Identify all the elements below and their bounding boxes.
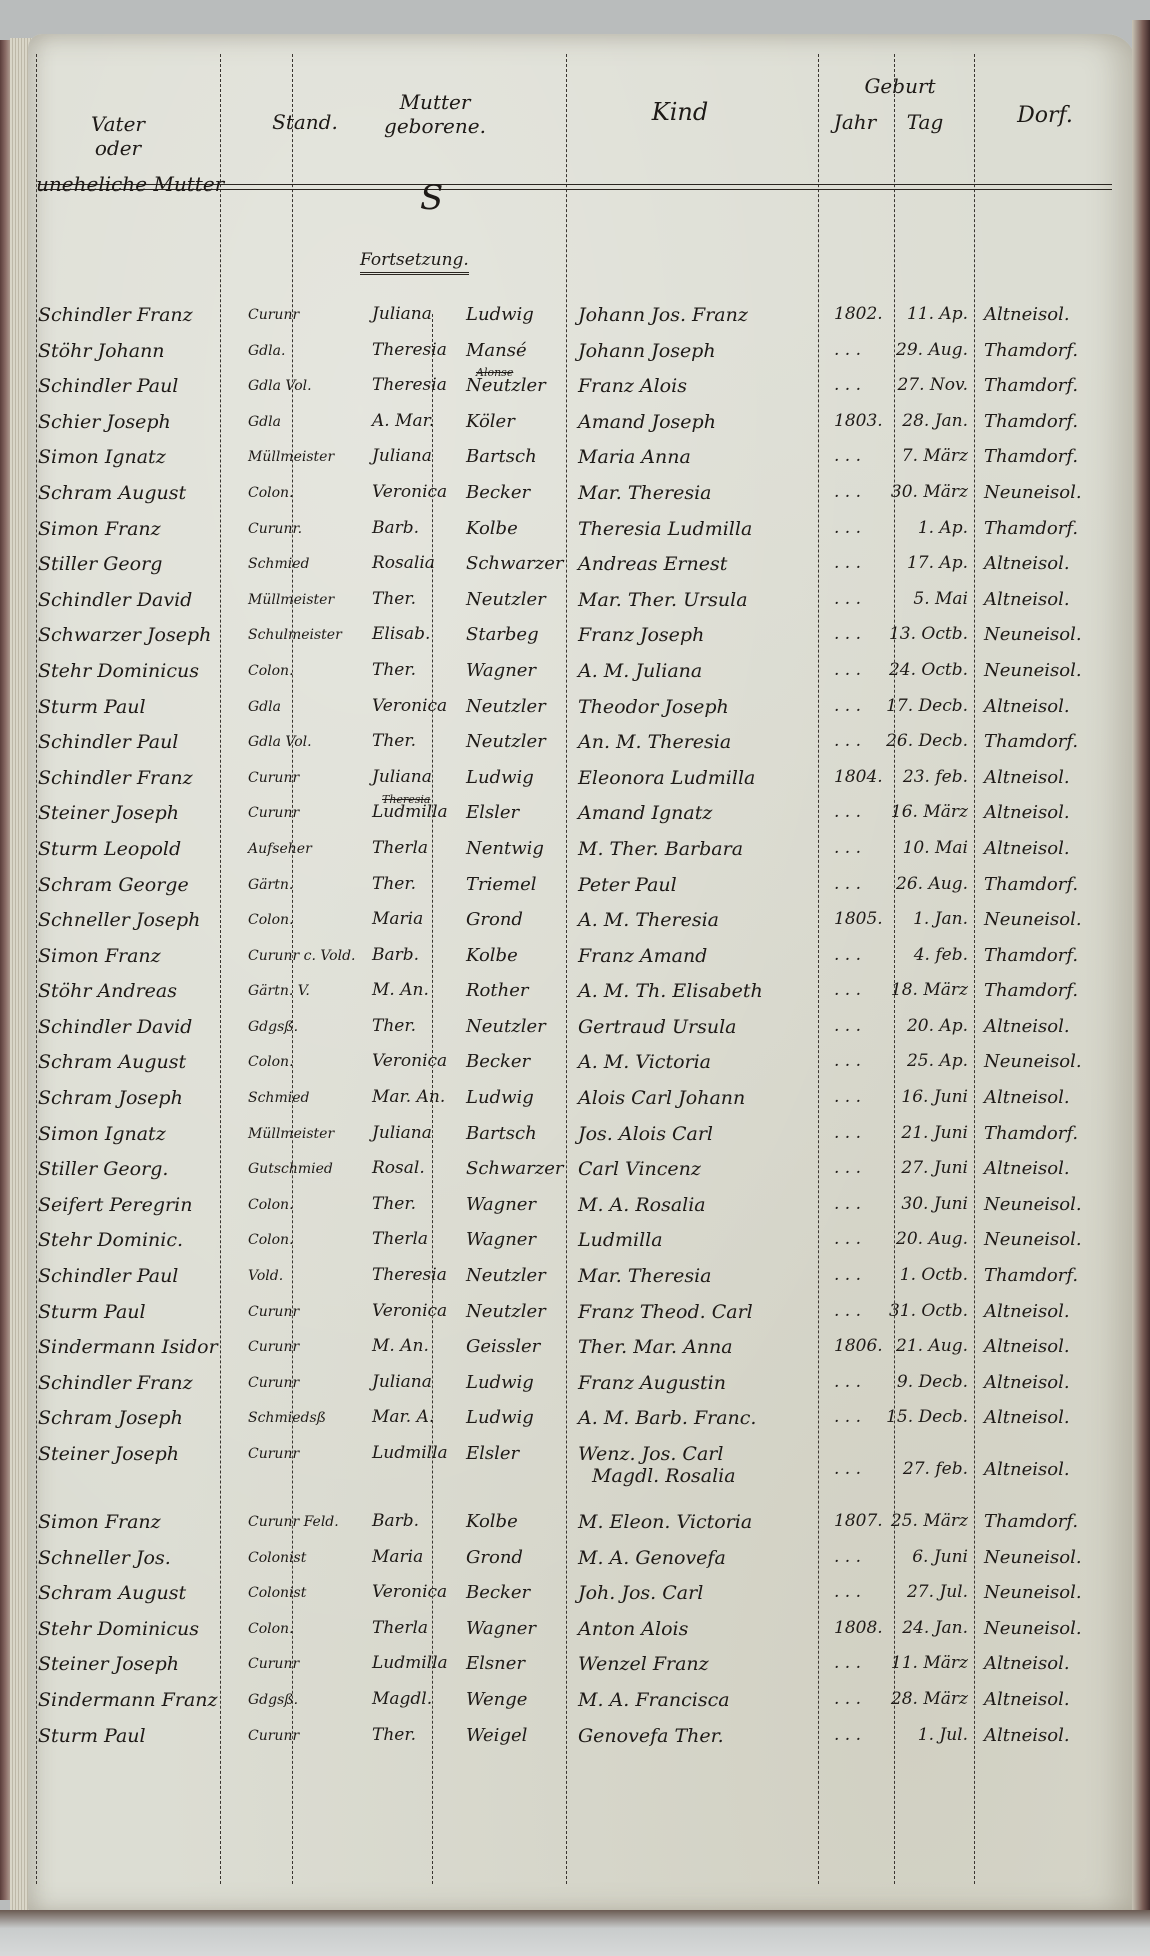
birth-day: 31. Octb. (868, 1301, 968, 1321)
child-name: Wenz. Jos. CarlMagdl. Rosalia (578, 1443, 838, 1487)
birth-day: 30. Juni (868, 1194, 968, 1214)
father-occupation: Curunr (248, 1728, 368, 1744)
birth-day: 5. Mai (868, 589, 968, 609)
register-row: Sturm Leopold Aufseher Therla Nentwig M.… (0, 834, 1150, 870)
father-occupation: Curunr c. Vold. (248, 948, 368, 964)
mother-first-name: Therla (372, 838, 472, 858)
mother-maiden-name: Kolbe (466, 1511, 586, 1532)
father-name: Sturm Paul (38, 1725, 278, 1747)
child-name: Gertraud Ursula (578, 1016, 838, 1038)
mother-maiden-name: Ludwig (466, 1372, 586, 1393)
father-name: Schindler Franz (38, 1372, 278, 1394)
mother-first-name: Theresia (372, 1265, 472, 1285)
village: Altneisol. (984, 1336, 1124, 1357)
father-occupation: Müllmeister (248, 449, 368, 465)
mother-maiden-name: Mansé (466, 340, 586, 361)
child-name: A. M. Juliana (578, 660, 838, 682)
mother-maiden-name: Wagner (466, 660, 586, 681)
father-occupation: Colon. (248, 1197, 368, 1213)
mother-first-name: Juliana (372, 1123, 472, 1143)
birth-day: 26. Decb. (868, 731, 968, 751)
child-name: M. A. Rosalia (578, 1194, 838, 1216)
birth-day: 13. Octb. (868, 624, 968, 644)
child-name: Genovefa Ther. (578, 1725, 838, 1747)
father-occupation: Gdla. (248, 343, 368, 359)
birth-day: 6. Juni (868, 1547, 968, 1567)
mother-first-name: Magdl. (372, 1689, 472, 1709)
birth-day: 21. Juni (868, 1123, 968, 1143)
birth-day: 26. Aug. (868, 874, 968, 894)
birth-day: 1. Octb. (868, 1265, 968, 1285)
mother-maiden-name: Elsler (466, 802, 586, 823)
child-name: Franz Amand (578, 945, 838, 967)
header-birth-year: Jahr (820, 110, 890, 134)
village: Thamdorf. (984, 411, 1124, 432)
village: Altneisol. (984, 1725, 1124, 1746)
village: Altneisol. (984, 553, 1124, 574)
father-occupation: Gärtn. (248, 877, 368, 893)
village: Altneisol. (984, 589, 1124, 610)
mother-maiden-name: Becker (466, 482, 586, 503)
village: Altneisol. (984, 1158, 1124, 1179)
mother-maiden-name: Schwarzer (466, 1158, 586, 1179)
birth-day: 21. Aug. (868, 1336, 968, 1356)
father-name: Stiller Georg. (38, 1158, 278, 1180)
mother-maiden-name: Grond (466, 1547, 586, 1568)
village: Neuneisol. (984, 1194, 1124, 1215)
father-occupation: Vold. (248, 1268, 368, 1284)
village: Altneisol. (984, 838, 1124, 859)
header-place: Dorf. (990, 104, 1100, 128)
register-row: Schram Joseph Schmiedsß Mar. A. Ludwig A… (0, 1403, 1150, 1439)
child-name: Franz Joseph (578, 624, 838, 646)
mother-maiden-name: Wagner (466, 1618, 586, 1639)
father-name: Schindler Franz (38, 304, 278, 326)
village: Altneisol. (984, 1372, 1124, 1393)
father-name: Schindler David (38, 1016, 278, 1038)
child-name: Eleonora Ludmilla (578, 767, 838, 789)
birth-day: 25. März (868, 1511, 968, 1531)
section-letter: S (420, 178, 443, 218)
father-occupation: Gdla Vol. (248, 378, 368, 394)
father-name: Sindermann Isidor (38, 1336, 278, 1358)
mother-maiden-name: Becker (466, 1582, 586, 1603)
village: Altneisol. (984, 767, 1124, 788)
child-name: Joh. Jos. Carl (578, 1582, 838, 1604)
father-name: Stöhr Johann (38, 340, 278, 362)
child-name: Andreas Ernest (578, 553, 838, 575)
child-name: Peter Paul (578, 874, 838, 896)
mother-maiden-name: Neutzler (466, 1265, 586, 1286)
mother-maiden-name: Triemel (466, 874, 586, 895)
register-row: Simon Ignatz Müllmeister Juliana Bartsch… (0, 1119, 1150, 1155)
child-name: Mar. Theresia (578, 482, 838, 504)
mother-maiden-name: Nentwig (466, 838, 586, 859)
mother-first-name: Barb. (372, 1511, 472, 1531)
mother-maiden-name: Ludwig (466, 767, 586, 788)
register-row: Stöhr Johann Gdla. Theresia Mansé Johann… (0, 336, 1150, 372)
mother-first-name: Therla (372, 1229, 472, 1249)
father-name: Schneller Joseph (38, 909, 278, 931)
village: Neuneisol. (984, 1051, 1124, 1072)
mother-maiden-name: Ludwig (466, 304, 586, 325)
register-row: Schindler Paul Gdla Vol. Ther. Neutzler … (0, 727, 1150, 763)
father-occupation: Curunr (248, 805, 368, 821)
birth-day: 18. März (868, 980, 968, 1000)
village: Neuneisol. (984, 624, 1124, 645)
register-row: Steiner Joseph Curunr LudmillaTheresia E… (0, 798, 1150, 834)
register-row: Seifert Peregrin Colon. Ther. Wagner M. … (0, 1190, 1150, 1226)
register-row: Stiller Georg Schmied Rosalia Schwarzer … (0, 549, 1150, 585)
birth-day: 27. Nov. (868, 375, 968, 395)
father-name: Seifert Peregrin (38, 1194, 278, 1216)
mother-first-name: Mar. A. (372, 1407, 472, 1427)
child-name: Johann Jos. Franz (578, 304, 838, 326)
register-row: Schram August Colon. Veronica Becker Mar… (0, 478, 1150, 514)
register-row: Sturm Paul Gdla Veronica Neutzler Theodo… (0, 692, 1150, 728)
child-name: Theodor Joseph (578, 696, 838, 718)
father-occupation: Schmiedsß (248, 1410, 368, 1426)
child-name: Ludmilla (578, 1229, 838, 1251)
birth-day: 17. Decb. (868, 696, 968, 716)
father-occupation: Curunr (248, 1656, 368, 1672)
mother-maiden-name: Rother (466, 980, 586, 1001)
register-row: Schindler Franz Curunr Juliana Ludwig Jo… (0, 300, 1150, 336)
father-name: Schram George (38, 874, 278, 896)
birth-day: 4. feb. (868, 945, 968, 965)
header-father: Vater oder (58, 112, 178, 160)
child-name: M. A. Genovefa (578, 1547, 838, 1569)
mother-first-name: Ludmilla (372, 1653, 472, 1673)
mother-maiden-name: Neutzler (466, 589, 586, 610)
birth-day: 24. Octb. (868, 660, 968, 680)
village: Thamdorf. (984, 980, 1124, 1001)
mother-first-name: LudmillaTheresia (372, 802, 472, 822)
child-name: Franz Alois (578, 375, 838, 397)
father-name: Schindler Franz (38, 767, 278, 789)
mother-maiden-name: Kolbe (466, 945, 586, 966)
village: Altneisol. (984, 1087, 1124, 1108)
register-row: Simon Franz Curunr c. Vold. Barb. Kolbe … (0, 941, 1150, 977)
father-occupation: Curunr. (248, 521, 368, 537)
birth-day: 16. März (868, 802, 968, 822)
village: Altneisol. (984, 1459, 1124, 1480)
father-name: Stehr Dominic. (38, 1229, 278, 1251)
birth-day: 24. Jan. (868, 1618, 968, 1638)
child-name: Franz Augustin (578, 1372, 838, 1394)
register-row: Stehr Dominicus Colon. Therla Wagner Ant… (0, 1614, 1150, 1650)
register-row: Steiner Joseph Curunr Ludmilla Elsner We… (0, 1649, 1150, 1685)
father-name: Simon Franz (38, 945, 278, 967)
child-name: Johann Joseph (578, 340, 838, 362)
mother-first-name: Ther. (372, 660, 472, 680)
father-name: Schindler Paul (38, 375, 278, 397)
mother-first-name: Theresia (372, 375, 472, 395)
father-name: Simon Franz (38, 1511, 278, 1533)
father-occupation: Müllmeister (248, 1126, 368, 1142)
child-name: A. M. Th. Elisabeth (578, 980, 838, 1002)
mother-maiden-name: Bartsch (466, 446, 586, 467)
father-name: Schram Joseph (38, 1087, 278, 1109)
father-name: Stöhr Andreas (38, 980, 278, 1002)
child-name: M. A. Francisca (578, 1689, 838, 1711)
register-row: Schram Joseph Schmied Mar. An. Ludwig Al… (0, 1083, 1150, 1119)
register-row: Schwarzer Joseph Schulmeister Elisab. St… (0, 620, 1150, 656)
mother-first-name: Theresia (372, 340, 472, 360)
father-occupation: Schmied (248, 1090, 368, 1106)
father-occupation: Colon. (248, 485, 368, 501)
father-occupation: Colon. (248, 1232, 368, 1248)
mother-first-name: M. An. (372, 1336, 472, 1356)
mother-maiden-name: Bartsch (466, 1123, 586, 1144)
mother-first-name: Mar. An. (372, 1087, 472, 1107)
village: Altneisol. (984, 1689, 1124, 1710)
mother-first-name: Juliana (372, 767, 472, 787)
child-name: Theresia Ludmilla (578, 518, 838, 540)
mother-first-name: Veronica (372, 482, 472, 502)
birth-day: 29. Aug. (868, 340, 968, 360)
birth-day: 11. Ap. (868, 304, 968, 324)
father-name: Schram Joseph (38, 1407, 278, 1429)
birth-day: 15. Decb. (868, 1407, 968, 1427)
father-name: Stehr Dominicus (38, 660, 278, 682)
village: Neuneisol. (984, 1618, 1124, 1639)
mother-maiden-name: Wagner (466, 1229, 586, 1250)
register-row: Schindler Franz Curunr Juliana Ludwig Fr… (0, 1368, 1150, 1404)
mother-first-name: Barb. (372, 518, 472, 538)
birth-day: 27. Juni (868, 1158, 968, 1178)
father-name: Schram August (38, 1051, 278, 1073)
father-name: Schindler Paul (38, 1265, 278, 1287)
father-occupation: Colon. (248, 663, 368, 679)
register-row: Schneller Jos. Colonist Maria Grond M. A… (0, 1543, 1150, 1579)
mother-first-name: Juliana (372, 304, 472, 324)
child-name: Amand Joseph (578, 411, 838, 433)
father-name: Steiner Joseph (38, 1653, 278, 1675)
village: Neuneisol. (984, 1547, 1124, 1568)
register-row: Schram August Colonist Veronica Becker J… (0, 1578, 1150, 1614)
register-row: Stöhr Andreas Gärtn. V. M. An. Rother A.… (0, 976, 1150, 1012)
twin-child-name: Magdl. Rosalia (578, 1465, 838, 1487)
mother-maiden-name: Neutzler (466, 731, 586, 752)
village: Altneisol. (984, 1016, 1124, 1037)
mother-maiden-name: Wagner (466, 1194, 586, 1215)
birth-day: 11. März (868, 1653, 968, 1673)
child-name: A. M. Victoria (578, 1051, 838, 1073)
mother-first-name: Ther. (372, 874, 472, 894)
mother-maiden-name: Ludwig (466, 1407, 586, 1428)
father-occupation: Curunr (248, 1304, 368, 1320)
village: Thamdorf. (984, 446, 1124, 467)
father-occupation: Colon. (248, 1054, 368, 1070)
mother-first-name: Ther. (372, 1194, 472, 1214)
mother-maiden-name: Neutzler (466, 1016, 586, 1037)
father-name: Simon Ignatz (38, 446, 278, 468)
village: Neuneisol. (984, 482, 1124, 503)
father-occupation: Curunr (248, 1339, 368, 1355)
father-name: Sindermann Franz (38, 1689, 278, 1711)
mother-maiden-name: Elsler (466, 1443, 586, 1464)
father-name: Simon Franz (38, 518, 278, 540)
father-occupation: Gdgsß. (248, 1692, 368, 1708)
header-birth-day: Tag (890, 110, 960, 134)
mother-first-name: Ther. (372, 731, 472, 751)
father-occupation: Curunr (248, 1375, 368, 1391)
child-name: Anton Alois (578, 1618, 838, 1640)
father-name: Sturm Leopold (38, 838, 278, 860)
mother-maiden-name: Elsner (466, 1653, 586, 1674)
father-occupation: Gdgsß. (248, 1019, 368, 1035)
illegitimate-mother-label: uneheliche Mutter (36, 172, 224, 196)
mother-maiden-name: Starbeg (466, 624, 586, 645)
child-name: Mar. Theresia (578, 1265, 838, 1287)
struck-mother-first-name: Theresia (382, 793, 430, 806)
father-occupation: Curunr (248, 770, 368, 786)
father-name: Stehr Dominicus (38, 1618, 278, 1640)
mother-maiden-name: Wenge (466, 1689, 586, 1710)
father-occupation: Schmied (248, 556, 368, 572)
father-name: Sturm Paul (38, 696, 278, 718)
father-occupation: Curunr (248, 307, 368, 323)
child-name: Wenzel Franz (578, 1653, 838, 1675)
father-occupation: Gdla (248, 414, 368, 430)
child-name: M. Ther. Barbara (578, 838, 838, 860)
mother-first-name: Juliana (372, 446, 472, 466)
mother-maiden-name: Köler (466, 411, 586, 432)
birth-day: 1. Jan. (868, 909, 968, 929)
register-row: Schindler David Gdgsß. Ther. Neutzler Ge… (0, 1012, 1150, 1048)
mother-first-name: Ther. (372, 589, 472, 609)
header-child: Kind (630, 100, 730, 124)
father-name: Stiller Georg (38, 553, 278, 575)
father-occupation: Curunr (248, 1446, 368, 1462)
birth-day: 17. Ap. (868, 553, 968, 573)
mother-first-name: Elisab. (372, 624, 472, 644)
mother-first-name: Veronica (372, 696, 472, 716)
village: Altneisol. (984, 1301, 1124, 1322)
village: Thamdorf. (984, 375, 1124, 396)
mother-first-name: A. Mar. (372, 411, 472, 431)
mother-first-name: Veronica (372, 1301, 472, 1321)
mother-first-name: Therla (372, 1618, 472, 1638)
father-occupation: Gdla Vol. (248, 734, 368, 750)
father-name: Simon Ignatz (38, 1123, 278, 1145)
birth-day: 1. Ap. (868, 518, 968, 538)
child-name: An. M. Theresia (578, 731, 838, 753)
struck-mother-name: Alonse (476, 366, 513, 379)
village: Altneisol. (984, 696, 1124, 717)
register-row: Sturm Paul Curunr Veronica Neutzler Fran… (0, 1297, 1150, 1333)
mother-first-name: Ther. (372, 1016, 472, 1036)
register-row: Simon Franz Curunr Feld. Barb. Kolbe M. … (0, 1507, 1150, 1543)
mother-first-name: Maria (372, 909, 472, 929)
register-row: Schram George Gärtn. Ther. Triemel Peter… (0, 870, 1150, 906)
birth-day: 16. Juni (868, 1087, 968, 1107)
child-name: Alois Carl Johann (578, 1087, 838, 1109)
register-row: Schindler Paul Vold. Theresia Neutzler M… (0, 1261, 1150, 1297)
birth-day: 9. Decb. (868, 1372, 968, 1392)
register-row: Simon Franz Curunr. Barb. Kolbe Theresia… (0, 514, 1150, 550)
page-bottom-edge (0, 1910, 1150, 1956)
birth-day: 23. feb. (868, 767, 968, 787)
mother-first-name: Rosalia (372, 553, 472, 573)
father-occupation: Gutschmied (248, 1161, 368, 1177)
father-name: Schneller Jos. (38, 1547, 278, 1569)
village: Altneisol. (984, 304, 1124, 325)
father-name: Schindler David (38, 589, 278, 611)
register-row: Schneller Joseph Colon. Maria Grond A. M… (0, 905, 1150, 941)
mother-maiden-name: Kolbe (466, 518, 586, 539)
register-row: Schindler Franz Curunr Juliana Ludwig El… (0, 763, 1150, 799)
mother-maiden-name: Neutzler (466, 696, 586, 717)
register-entries: Schindler Franz Curunr Juliana Ludwig Jo… (0, 300, 1150, 1756)
mother-first-name: Veronica (372, 1582, 472, 1602)
register-row: Schram August Colon. Veronica Becker A. … (0, 1047, 1150, 1083)
father-occupation: Gärtn. V. (248, 983, 368, 999)
village: Thamdorf. (984, 340, 1124, 361)
mother-maiden-name: Ludwig (466, 1087, 586, 1108)
father-occupation: Aufseher (248, 841, 368, 857)
birth-day: 28. Jan. (868, 411, 968, 431)
column-header: Vater oder Stand. Mutter geborene. Kind … (0, 60, 1150, 160)
father-name: Sturm Paul (38, 1301, 278, 1323)
father-occupation: Müllmeister (248, 592, 368, 608)
register-row: Simon Ignatz Müllmeister Juliana Bartsch… (0, 442, 1150, 478)
village: Thamdorf. (984, 1511, 1124, 1532)
register-row: Sindermann Franz Gdgsß. Magdl. Wenge M. … (0, 1685, 1150, 1721)
child-name: Carl Vincenz (578, 1158, 838, 1180)
mother-maiden-name: NeutzlerAlonse (466, 375, 586, 396)
mother-first-name: Veronica (372, 1051, 472, 1071)
child-name: M. Eleon. Victoria (578, 1511, 838, 1533)
village: Altneisol. (984, 1653, 1124, 1674)
village: Neuneisol. (984, 1229, 1124, 1250)
village: Thamdorf. (984, 731, 1124, 752)
birth-day: 7. März (868, 446, 968, 466)
mother-first-name: Ludmilla (372, 1443, 472, 1463)
village: Thamdorf. (984, 945, 1124, 966)
father-name: Schindler Paul (38, 731, 278, 753)
father-name: Steiner Joseph (38, 802, 278, 824)
register-row: Steiner Joseph Curunr Ludmilla Elsler We… (0, 1439, 1150, 1507)
birth-day: 10. Mai (868, 838, 968, 858)
mother-first-name: Rosal. (372, 1158, 472, 1178)
child-name: Amand Ignatz (578, 802, 838, 824)
mother-first-name: Barb. (372, 945, 472, 965)
mother-maiden-name: Weigel (466, 1725, 586, 1746)
child-name: Ther. Mar. Anna (578, 1336, 838, 1358)
village: Thamdorf. (984, 1265, 1124, 1286)
child-name: Maria Anna (578, 446, 838, 468)
father-occupation: Gdla (248, 699, 368, 715)
mother-first-name: Juliana (372, 1372, 472, 1392)
father-name: Schram August (38, 1582, 278, 1604)
birth-day: 30. März (868, 482, 968, 502)
mother-maiden-name: Becker (466, 1051, 586, 1072)
header-stand: Stand. (270, 110, 340, 134)
father-occupation: Schulmeister (248, 627, 368, 643)
header-birth: Geburt (830, 74, 970, 98)
child-name: Mar. Ther. Ursula (578, 589, 838, 611)
village: Neuneisol. (984, 660, 1124, 681)
birth-day: 1. Jul. (868, 1725, 968, 1745)
birth-day: 27. feb. (868, 1459, 968, 1479)
birth-day: 27. Jul. (868, 1582, 968, 1602)
father-occupation: Curunr Feld. (248, 1514, 368, 1530)
mother-maiden-name: Grond (466, 909, 586, 930)
father-name: Steiner Joseph (38, 1443, 278, 1465)
child-name: Jos. Alois Carl (578, 1123, 838, 1145)
